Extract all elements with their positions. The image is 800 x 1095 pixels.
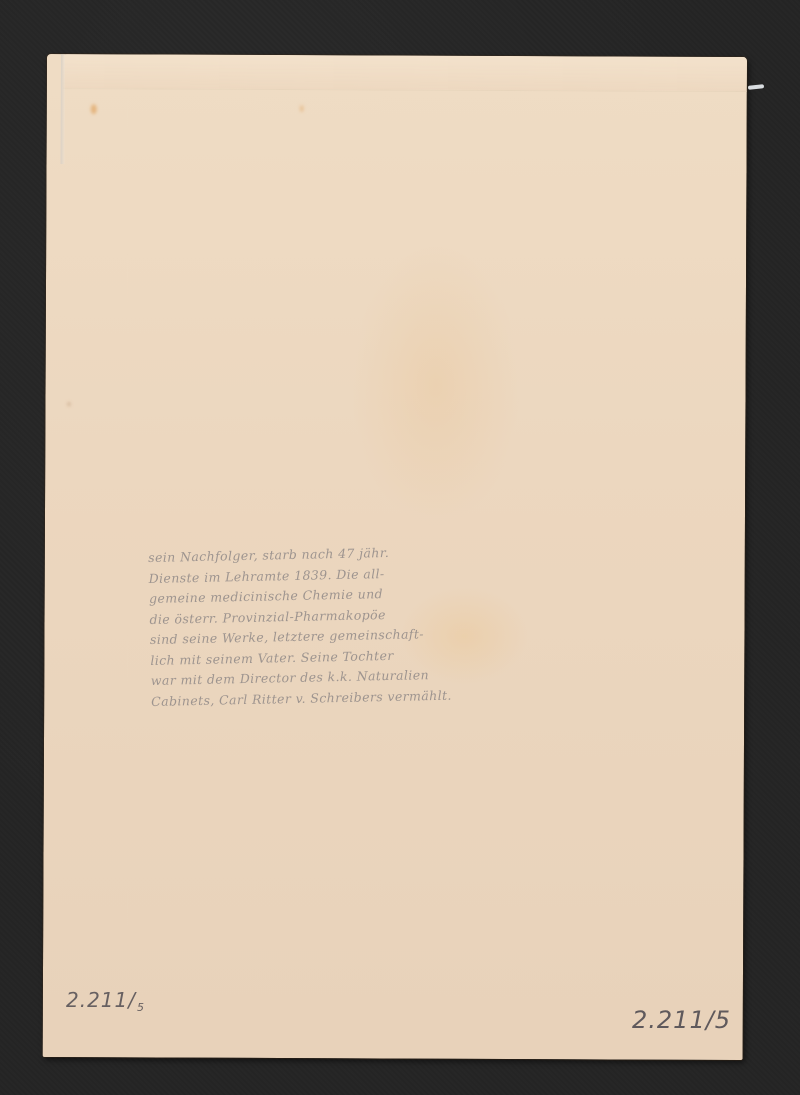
catalog-number-suffix: 5 (137, 1001, 145, 1014)
foxing-stain (300, 105, 304, 112)
foxing-stain (67, 402, 70, 406)
catalog-number-main: 2.211/ (66, 988, 136, 1012)
catalog-number-right: 2.211/5 (632, 1006, 731, 1034)
paper-top-edge-strip (63, 54, 747, 92)
handwritten-note: sein Nachfolger, starb nach 47 jähr. Die… (148, 541, 491, 712)
foxing-stain (91, 104, 97, 114)
catalog-number-left: 2.211/5 (66, 988, 145, 1014)
paper-left-edge (61, 54, 65, 164)
